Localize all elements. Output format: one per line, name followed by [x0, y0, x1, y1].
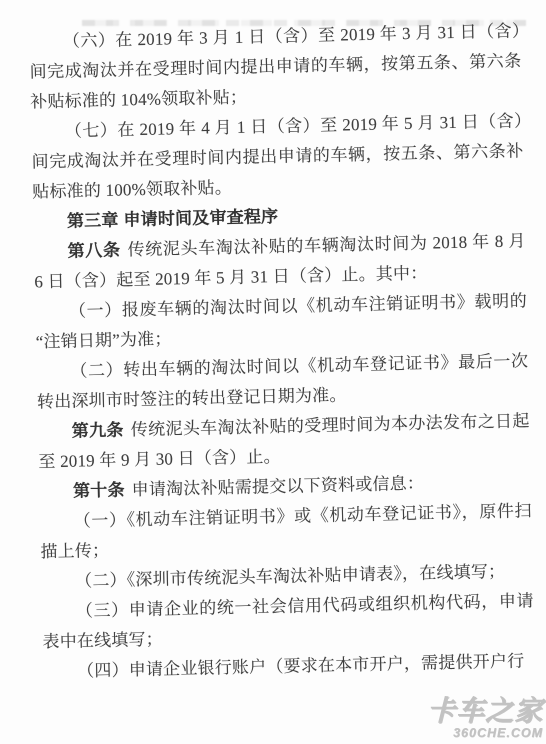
paragraph-article-10-item-3: （三）申请企业的统一社会信用代码或组织机构代码，申请表中在线填写；	[41, 586, 534, 657]
paragraph-text: （一）《机动车注销证明书》或《机动车登记证书》，原件扫描上传；	[40, 501, 532, 561]
paragraph-item-6: （六）在 2019 年 3 月 1 日（含）至 2019 年 3 月 31 日（…	[29, 16, 523, 117]
site-watermark: 卡车之家 360CHE.COM	[427, 697, 543, 740]
paragraph-text: （六）在 2019 年 3 月 1 日（含）至 2019 年 3 月 31 日（…	[29, 21, 521, 111]
paragraph-text: 申请淘汰补贴需提交以下资料或信息：	[131, 474, 424, 500]
paragraph-article-9: 第九条传统泥头车淘汰补贴的受理时间为本办法发布之日起至 2019 年 9 月 3…	[37, 406, 530, 477]
paragraph-text: （一）报废车辆的淘汰时间以《机动车注销证明书》载明的“注销日期”为准；	[35, 291, 527, 351]
paragraph-text: （四）申请企业银行账户（要求在本市开户，需提供开户行	[77, 651, 525, 680]
paragraph-article-8-item-2: （二）转出车辆的淘汰时间以《机动车登记证书》最后一次转出深圳市时签注的转出登记日…	[36, 346, 529, 417]
watermark-logo-text: 卡车之家	[427, 697, 543, 725]
paragraph-item-7: （七）在 2019 年 4 月 1 日（含）至 2019 年 5 月 31 日（…	[31, 106, 525, 207]
paragraph-article-8: 第八条传统泥头车淘汰补贴的车辆淘汰时间为 2018 年 8 月 6 日（含）起至…	[33, 226, 526, 297]
watermark-site-url: 360CHE.COM	[427, 727, 543, 740]
article-label: 第九条	[72, 420, 124, 440]
document-body: （六）在 2019 年 3 月 1 日（含）至 2019 年 3 月 31 日（…	[0, 0, 546, 688]
article-label: 第十条	[73, 480, 125, 500]
article-label: 第八条	[67, 241, 120, 261]
paragraph-text: （二）转出车辆的淘汰时间以《机动车登记证书》最后一次转出深圳市时签注的转出登记日…	[37, 351, 529, 411]
paragraph-text: （二）《深圳市传统泥头车淘汰补贴申请表》，在线填写；	[75, 562, 506, 591]
paragraph-text: （七）在 2019 年 4 月 1 日（含）至 2019 年 5 月 31 日（…	[31, 111, 523, 201]
scanned-document-page: （六）在 2019 年 3 月 1 日（含）至 2019 年 3 月 31 日（…	[0, 0, 546, 744]
paragraph-text: （三）申请企业的统一社会信用代码或组织机构代码，申请表中在线填写；	[42, 591, 534, 651]
paragraph-article-10-item-1: （一）《机动车注销证明书》或《机动车登记证书》，原件扫描上传；	[39, 496, 532, 567]
paragraph-article-8-item-1: （一）报废车辆的淘汰时间以《机动车注销证明书》载明的“注销日期”为准；	[35, 286, 528, 357]
